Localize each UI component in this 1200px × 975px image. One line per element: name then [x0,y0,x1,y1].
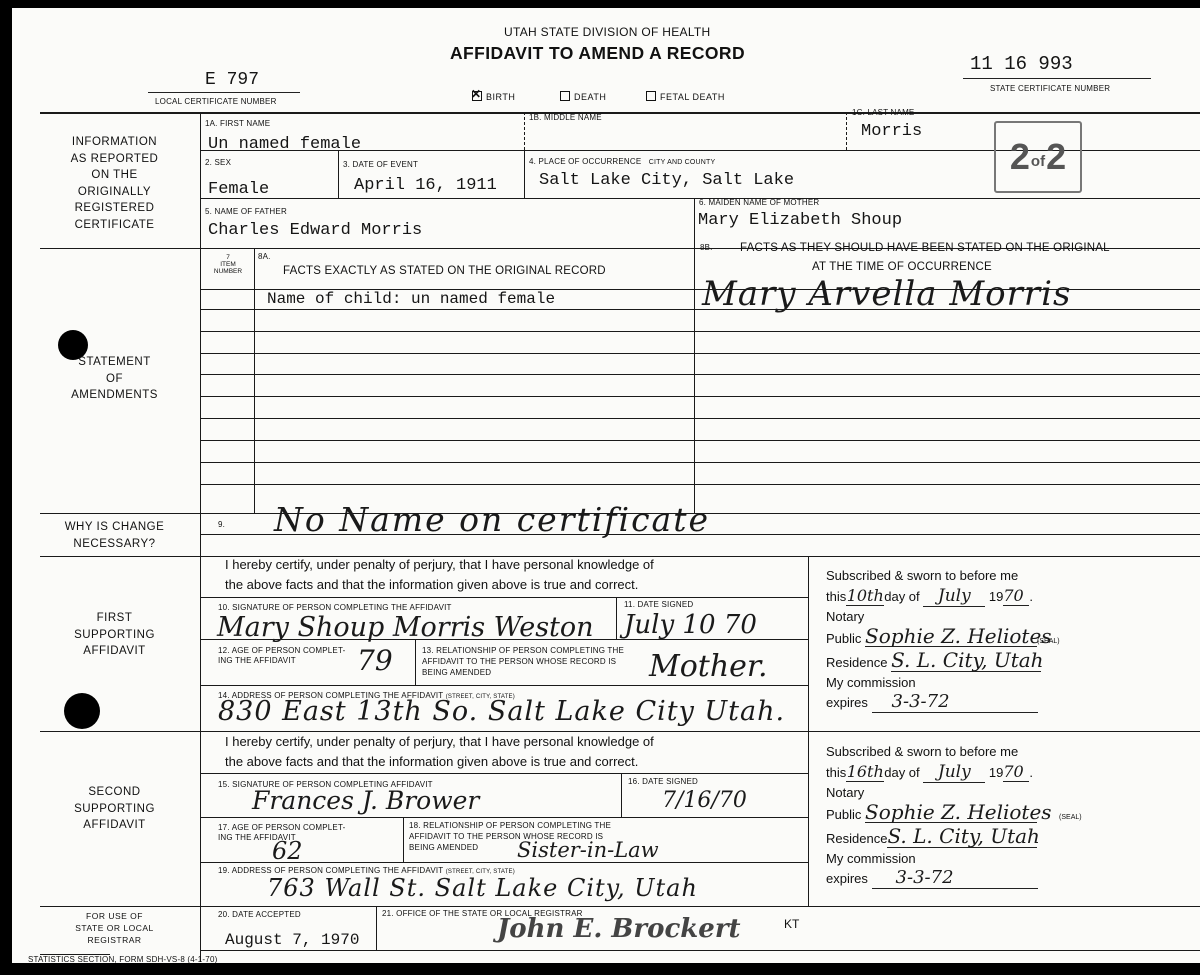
last-name-label: 1C. LAST NAME [852,108,914,117]
empty-box-icon[interactable] [646,91,656,101]
stamp-of: of [1031,153,1045,170]
checkbox-death[interactable]: DEATH [560,91,606,102]
notary-date-line: this16thday of July 1970. [826,762,1082,784]
day-of-text: day of [884,589,919,604]
label-line: WHY IS CHANGE [42,519,187,536]
label-text: 4. PLACE OF OCCURRENCE [529,157,641,166]
label-line: BEING AMENDED [422,667,624,678]
commission-label: My commission [826,673,1060,693]
divider [524,150,525,198]
divider [200,462,1200,463]
residence-label: Residence [826,655,887,670]
sex-label: 2. SEX [205,158,231,167]
day-of-text: day of [884,765,919,780]
label-line: AFFIDAVIT [42,643,187,660]
notary-residence-line: Residence S. L. City, Utah [826,651,1060,673]
divider [200,950,1200,951]
label-line: AFFIDAVIT [42,817,187,834]
divider [808,556,809,731]
col-a-header: FACTS EXACTLY AS STATED ON THE ORIGINAL … [283,265,606,277]
certify-line1: I hereby certify, under penalty of perju… [225,555,654,575]
label-line: SECOND [42,784,187,801]
affidavit-document: UTAH STATE DIVISION OF HEALTH AFFIDAVIT … [12,8,1200,963]
public-label: Public [826,631,861,646]
age-value: 79 [357,644,393,677]
divider [524,112,525,150]
year-prefix: 19 [989,589,1003,604]
divider [200,773,808,774]
birth-label: BIRTH [486,92,515,102]
state-cert-underline [963,78,1151,79]
label-line: NECESSARY? [42,536,187,553]
divider [846,112,847,150]
divider [808,731,809,906]
father-name-value: Charles Edward Morris [208,221,422,240]
date-of-event-label: 3. DATE OF EVENT [343,160,418,169]
section-label-second-affidavit: SECOND SUPPORTING AFFIDAVIT [42,784,187,834]
punch-hole-icon [64,693,100,729]
expires-value: 3-3-72 [872,868,1038,889]
relationship-value: Mother. [649,649,768,684]
year-value: 70 [1003,586,1029,607]
last-name-value: Morris [861,122,922,141]
divider [415,639,416,685]
section-label-first-affidavit: FIRST SUPPORTING AFFIDAVIT [42,610,187,660]
label-line: AFFIDAVIT TO THE PERSON WHOSE RECORD IS [422,656,624,667]
col-b-header-line1: FACTS AS THEY SHOULD HAVE BEEN STATED ON… [740,242,1110,254]
notary-expires-line: expires 3-3-72 [826,868,1082,889]
why-change-value: No Name on certificate [274,500,710,539]
amendment-original-value: Name of child: un named female [267,290,555,308]
divider [200,353,1200,354]
divider [403,817,404,862]
signature-value: Mary Shoup Morris Weston [217,612,594,643]
place-of-occurrence-label: 4. PLACE OF OCCURRENCE CITY AND COUNTY [529,157,715,166]
divider [200,418,1200,419]
address-value: 830 East 13th So. Salt Lake City Utah. [218,696,785,727]
relationship-label: 13. RELATIONSHIP OF PERSON COMPLETING TH… [422,645,624,678]
divider [376,906,377,950]
document-title: AFFIDAVIT TO AMEND A RECORD [450,43,745,64]
label-line: NUMBER [205,268,251,275]
certify-line1: I hereby certify, under penalty of perju… [225,732,654,752]
label-line: AS REPORTED [42,151,187,168]
label-line: 12. AGE OF PERSON COMPLET- [218,646,345,656]
notary-line: Subscribed & sworn to before me [826,742,1082,762]
divider [694,248,695,513]
local-certificate-number: E 797 [205,70,259,90]
label-line: STATEMENT [42,354,187,371]
state-certificate-number: 11 16 993 [970,53,1073,75]
death-label: DEATH [574,92,606,102]
checkbox-birth[interactable]: BIRTH [472,91,515,102]
label-line: 18. RELATIONSHIP OF PERSON COMPLETING TH… [409,820,611,831]
label-line: FOR USE OF [42,910,187,922]
notary-block-1: Subscribed & sworn to before me this10th… [826,566,1060,713]
residence-label: Residence [826,831,887,846]
amendment-corrected-value: Mary Arvella Morris [702,274,1071,314]
residence-value: S. L. City, Utah [891,651,1041,672]
stamp-total: 2 [1046,136,1066,178]
col-b-number: 8B. [700,243,713,252]
section-label-original-info: INFORMATION AS REPORTED ON THE ORIGINALL… [42,134,187,233]
notary-expires-line: expires 3-3-72 [826,692,1060,713]
state-certificate-label: STATE CERTIFICATE NUMBER [990,84,1110,93]
label-line: CERTIFICATE [42,217,187,234]
section-label-amendments: STATEMENT OF AMENDMENTS [42,354,187,404]
item-number-label: 7 ITEM NUMBER [205,254,251,275]
first-name-value: Un named female [208,135,361,154]
expires-label: expires [826,695,868,710]
label-line: OF [42,371,187,388]
label-line: 17. AGE OF PERSON COMPLET- [218,823,345,833]
divider [200,440,1200,441]
year-value: 70 [1003,762,1029,783]
notary-public-value: Sophie Z. Heliotes [865,803,1037,824]
notary-line: Subscribed & sworn to before me [826,566,1060,586]
seal-label: (SEAL) [1059,814,1082,821]
month-value: July [923,587,985,608]
notary-date-line: this10thday of July 1970. [826,586,1060,608]
label-line: INFORMATION [42,134,187,151]
label-line: ORIGINALLY [42,184,187,201]
page-count-stamp: 2 of 2 [994,121,1082,193]
this-text: this [826,589,846,604]
date-accepted-label: 20. DATE ACCEPTED [218,910,301,919]
month-value: July [923,763,985,784]
date-signed-label: 11. DATE SIGNED [624,600,693,609]
notary-block-2: Subscribed & sworn to before me this16th… [826,742,1082,889]
notary-public-value: Sophie Z. Heliotes [865,627,1037,648]
certify-line2: the above facts and that the information… [225,575,638,595]
residence-value: S. L. City, Utah [887,827,1037,848]
local-certificate-label: LOCAL CERTIFICATE NUMBER [155,97,277,106]
local-cert-underline [148,92,300,93]
date-signed-value: July 10 70 [624,610,757,640]
certify-line2: the above facts and that the information… [225,752,638,772]
label-line: SUPPORTING [42,801,187,818]
sex-value: Female [208,180,269,199]
form-id: STATISTICS SECTION, FORM SDH-VS-8 (4-1-7… [28,955,217,964]
agency-name: UTAH STATE DIVISION OF HEALTH [504,25,711,39]
mother-maiden-name-value: Mary Elizabeth Shoup [698,211,902,230]
place-of-occurrence-value: Salt Lake City, Salt Lake [539,171,794,190]
divider [200,685,808,686]
divider [338,150,339,198]
col-b-header-line2: AT THE TIME OF OCCURRENCE [812,261,992,273]
label-line: ITEM [205,261,251,268]
first-name-label: 1A. FIRST NAME [205,119,270,128]
label-line: ING THE AFFIDAVIT [218,656,345,666]
divider [200,396,1200,397]
section-column-divider [200,112,201,962]
divider [621,773,622,817]
date-signed-label: 16. DATE SIGNED [628,777,698,786]
signature-label: 10. SIGNATURE OF PERSON COMPLETING THE A… [218,603,452,612]
fetal-death-label: FETAL DEATH [660,92,725,102]
year-prefix: 19 [989,765,1003,780]
address-value: 763 Wall St. Salt Lake City, Utah [267,874,698,902]
date-accepted-value: August 7, 1970 [225,931,359,949]
label-line: 13. RELATIONSHIP OF PERSON COMPLETING TH… [422,645,624,656]
label-line: STATE OR LOCAL [42,922,187,934]
expires-value: 3-3-72 [872,692,1038,713]
label-line: SUPPORTING [42,627,187,644]
divider [200,374,1200,375]
checkbox-fetal-death[interactable]: FETAL DEATH [646,91,725,102]
registrar-signature: John E. Brockert [497,914,741,944]
label-line: REGISTRAR [42,934,187,946]
label-line: REGISTERED [42,200,187,217]
middle-name-label: 1B. MIDDLE NAME [529,113,602,122]
form-top-border [40,112,1200,114]
divider [200,597,808,598]
divider [254,248,255,513]
divider [200,331,1200,332]
divider [200,484,1200,485]
day-value: 10th [846,586,884,607]
section-divider [40,906,1200,907]
divider [694,198,695,248]
divider [616,597,617,639]
stamp-page: 2 [1010,136,1030,178]
date-of-event-value: April 16, 1911 [354,176,497,195]
label-line: 7 [205,254,251,261]
notary-residence-line: ResidenceS. L. City, Utah [826,827,1082,849]
registrar-initials: KT [784,917,799,931]
empty-box-icon[interactable] [560,91,570,101]
day-value: 16th [846,762,884,783]
why-change-number: 9. [218,520,225,529]
label-line: AMENDMENTS [42,387,187,404]
label-line: FIRST [42,610,187,627]
checked-box-icon[interactable] [472,91,482,101]
age-value: 62 [272,837,303,865]
expires-label: expires [826,871,868,886]
mother-maiden-name-label: 6. MAIDEN NAME OF MOTHER [699,198,819,207]
father-name-label: 5. NAME OF FATHER [205,207,287,216]
col-a-number: 8A. [258,252,271,261]
date-signed-value: 7/16/70 [662,788,747,813]
this-text: this [826,765,846,780]
relationship-value: Sister-in-Law [517,838,659,862]
signature-value: Frances J. Brower [252,786,479,815]
divider [200,817,808,818]
public-label: Public [826,807,861,822]
sublabel-text: CITY AND COUNTY [649,159,716,166]
commission-label: My commission [826,849,1082,869]
age-label: 12. AGE OF PERSON COMPLET- ING THE AFFID… [218,646,345,666]
section-label-why-change: WHY IS CHANGE NECESSARY? [42,519,187,552]
label-line: ON THE [42,167,187,184]
section-label-registrar: FOR USE OF STATE OR LOCAL REGISTRAR [42,910,187,946]
